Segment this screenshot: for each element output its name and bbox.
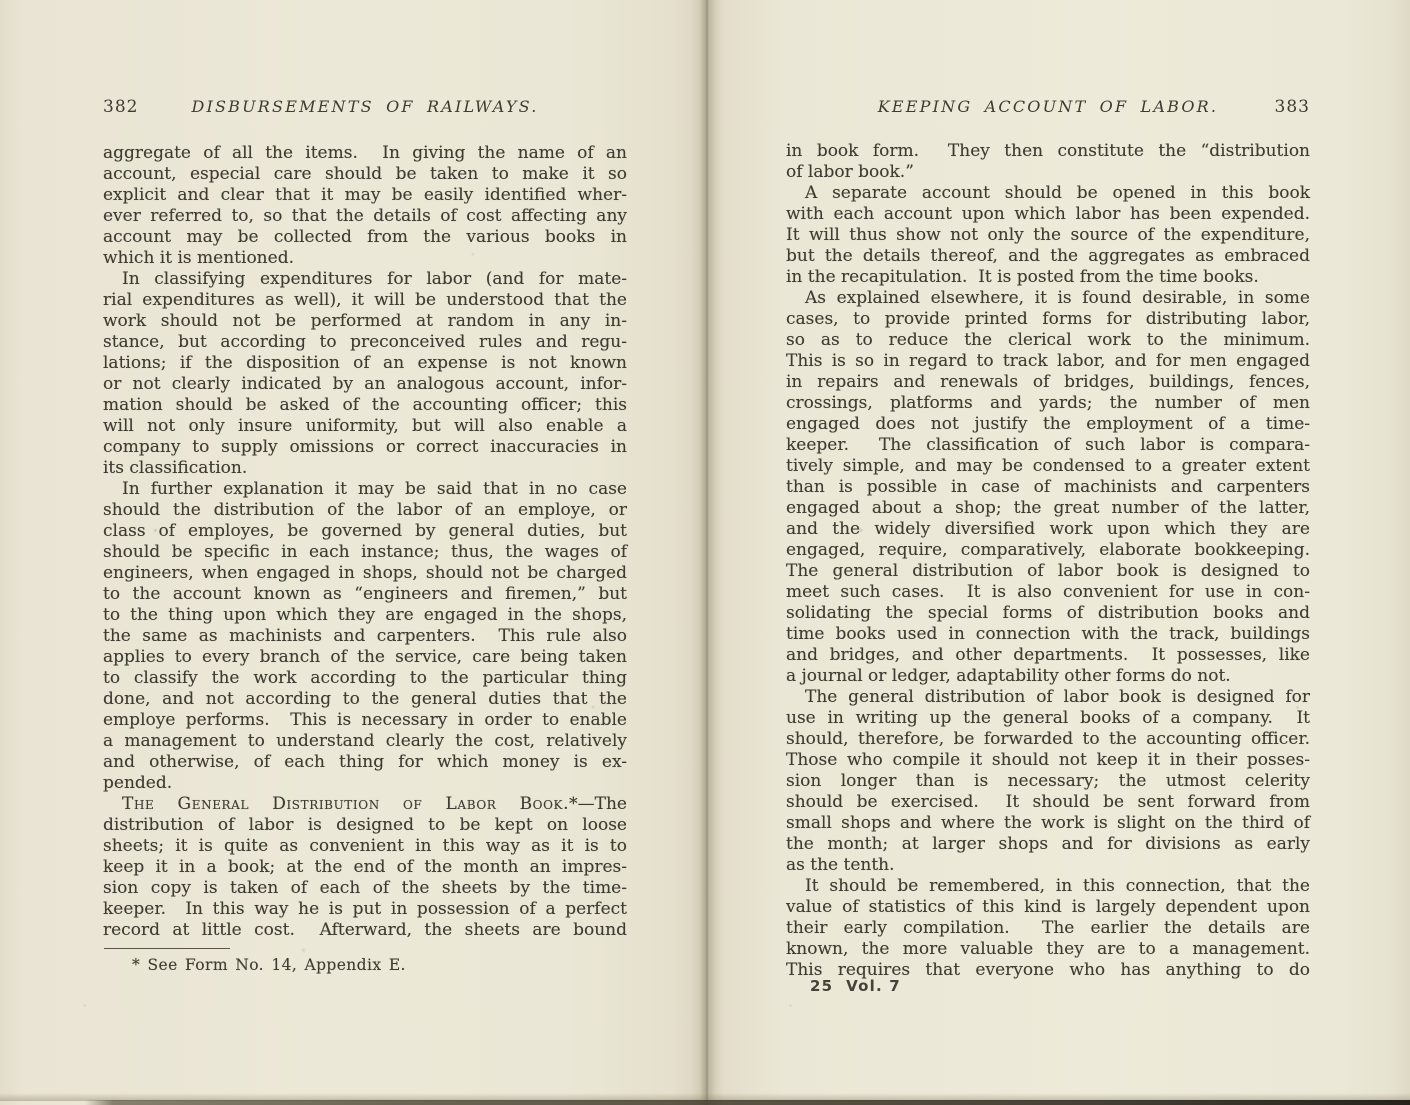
- text-line: sion longer than is necessary; the utmos…: [786, 771, 1310, 792]
- text-line: crossings, platforms and yards; the numb…: [786, 393, 1310, 414]
- paragraph: In classifying expenditures for labor (a…: [103, 269, 627, 479]
- page-right: KEEPING ACCOUNT OF LABOR. 383 in book fo…: [706, 0, 1410, 1105]
- text-line: or not clearly indicated by an analogous…: [103, 374, 627, 395]
- text-line: It should be remembered, in this connect…: [786, 876, 1310, 897]
- text-line: aggregate of all the items. In giving th…: [103, 143, 627, 164]
- text-line: distribution of labor is designed to be …: [103, 815, 627, 836]
- text-line: known, the more valuable they are to a m…: [786, 939, 1310, 960]
- text-line: of labor book.”: [786, 162, 1310, 183]
- text-line: with each account upon which labor has b…: [786, 204, 1310, 225]
- text-line: in repairs and renewals of bridges, buil…: [786, 372, 1310, 393]
- footnote-rule: [104, 948, 230, 949]
- text-line: account may be collected from the variou…: [103, 227, 627, 248]
- text-line: engaged, require, comparatively, elabora…: [786, 540, 1310, 561]
- text-line: and the widely diversified work upon whi…: [786, 519, 1310, 540]
- text-line: engaged about a shop; the great number o…: [786, 498, 1310, 519]
- text-line: This is so in regard to track labor, and…: [786, 351, 1310, 372]
- paragraph: The General Distribution of Labor Book.*…: [103, 794, 627, 941]
- text-line: should be specific in each instance; thu…: [103, 542, 627, 563]
- text-line: its classification.: [103, 458, 627, 479]
- footnote: * See Form No. 14, Appendix E.: [132, 956, 406, 974]
- text-line: sheets; it is quite as convenient in thi…: [103, 836, 627, 857]
- text-line: rial expenditures as well), it will be u…: [103, 290, 627, 311]
- text-line: in book form. They then constitute the “…: [786, 141, 1310, 162]
- text-line: keeper. The classification of such labor…: [786, 435, 1310, 456]
- page-body-left: aggregate of all the items. In giving th…: [103, 143, 627, 941]
- text-line: their early compilation. The earlier the…: [786, 918, 1310, 939]
- text-line: class of employes, be governed by genera…: [103, 521, 627, 542]
- text-line: In further explanation it may be said th…: [103, 479, 627, 500]
- text-line: and bridges, and other departments. It p…: [786, 645, 1310, 666]
- text-line: employe performs. This is necessary in o…: [103, 710, 627, 731]
- text-line: small shops and where the work is slight…: [786, 813, 1310, 834]
- page-body-right: in book form. They then constitute the “…: [786, 141, 1310, 981]
- text-line: will not only insure uniformity, but wil…: [103, 416, 627, 437]
- text-line: Those who compile it should not keep it …: [786, 750, 1310, 771]
- text-line: The general distribution of labor book i…: [786, 561, 1310, 582]
- text-line: The general distribution of labor book i…: [786, 687, 1310, 708]
- text-line: and otherwise, of each thing for which m…: [103, 752, 627, 773]
- paragraph: in book form. They then constitute the “…: [786, 141, 1310, 183]
- text-line: keep it in a book; at the end of the mon…: [103, 857, 627, 878]
- running-head-left: DISBURSEMENTS OF RAILWAYS.: [103, 97, 627, 116]
- text-line: In classifying expenditures for labor (a…: [103, 269, 627, 290]
- text-line: done, and not according to the general d…: [103, 689, 627, 710]
- signature-mark: 25 Vol. 7: [810, 977, 901, 995]
- paragraph: The general distribution of labor book i…: [786, 687, 1310, 876]
- text-line: lations; if the disposition of an expens…: [103, 353, 627, 374]
- paragraph: It should be remembered, in this connect…: [786, 876, 1310, 981]
- page-left: 382 DISBURSEMENTS OF RAILWAYS. aggregate…: [0, 0, 706, 1105]
- text-line: solidating the special forms of distribu…: [786, 603, 1310, 624]
- text-line: keeper. In this way he is put in possess…: [103, 899, 627, 920]
- text-line: The General Distribution of Labor Book.*…: [103, 794, 627, 815]
- text-line: in the recapitulation. It is posted from…: [786, 267, 1310, 288]
- text-line: cases, to provide printed forms for dist…: [786, 309, 1310, 330]
- page-number-right: 383: [786, 97, 1310, 117]
- text-line: so as to reduce the clerical work to the…: [786, 330, 1310, 351]
- text-line: explicit and clear that it may be easily…: [103, 185, 627, 206]
- text-line: should be exercised. It should be sent f…: [786, 792, 1310, 813]
- text-line: A separate account should be opened in t…: [786, 183, 1310, 204]
- text-line: to the account known as “engineers and f…: [103, 584, 627, 605]
- text-line: to classify the work according to the pa…: [103, 668, 627, 689]
- text-line: but the details thereof, and the aggrega…: [786, 246, 1310, 267]
- paragraph: aggregate of all the items. In giving th…: [103, 143, 627, 269]
- text-line: It will thus show not only the source of…: [786, 225, 1310, 246]
- paragraph: As explained elsewhere, it is found desi…: [786, 288, 1310, 687]
- text-line: to the thing upon which they are engaged…: [103, 605, 627, 626]
- text-line: engineers, when engaged in shops, should…: [103, 563, 627, 584]
- text-line: as the tenth.: [786, 855, 1310, 876]
- text-line: use in writing up the general books of a…: [786, 708, 1310, 729]
- text-line: stance, but according to preconceived ru…: [103, 332, 627, 353]
- text-line: ever referred to, so that the details of…: [103, 206, 627, 227]
- text-line: pended.: [103, 773, 627, 794]
- text-line: mation should be asked of the accounting…: [103, 395, 627, 416]
- text-line: time books used in connection with the t…: [786, 624, 1310, 645]
- text-line: which it is mentioned.: [103, 248, 627, 269]
- paragraph: A separate account should be opened in t…: [786, 183, 1310, 288]
- text-line: should, therefore, be forwarded to the a…: [786, 729, 1310, 750]
- text-line: value of statistics of this kind is larg…: [786, 897, 1310, 918]
- section-heading-smallcaps: The General Distribution of Labor Book.: [122, 794, 569, 814]
- text-line: company to supply omissions or correct i…: [103, 437, 627, 458]
- text-line: should the distribution of the labor of …: [103, 500, 627, 521]
- book-spread: 382 DISBURSEMENTS OF RAILWAYS. aggregate…: [0, 0, 1410, 1105]
- text-line: account, especial care should be taken t…: [103, 164, 627, 185]
- text-line: engaged does not justify the employment …: [786, 414, 1310, 435]
- text-line: record at little cost. Afterward, the sh…: [103, 920, 627, 941]
- text-line: a management to understand clearly the c…: [103, 731, 627, 752]
- text-line: meet such cases. It is also convenient f…: [786, 582, 1310, 603]
- text-line: applies to every branch of the service, …: [103, 647, 627, 668]
- text-line: a journal or ledger, adaptability other …: [786, 666, 1310, 687]
- text-line: the month; at larger shops and for divis…: [786, 834, 1310, 855]
- text-line: the same as machinists and carpenters. T…: [103, 626, 627, 647]
- text-line: than is possible in case of machinists a…: [786, 477, 1310, 498]
- text-line: tively simple, and may be condensed to a…: [786, 456, 1310, 477]
- text-line: sion copy is taken of each of the sheets…: [103, 878, 627, 899]
- text-line: As explained elsewhere, it is found desi…: [786, 288, 1310, 309]
- text-line: work should not be performed at random i…: [103, 311, 627, 332]
- paragraph: In further explanation it may be said th…: [103, 479, 627, 794]
